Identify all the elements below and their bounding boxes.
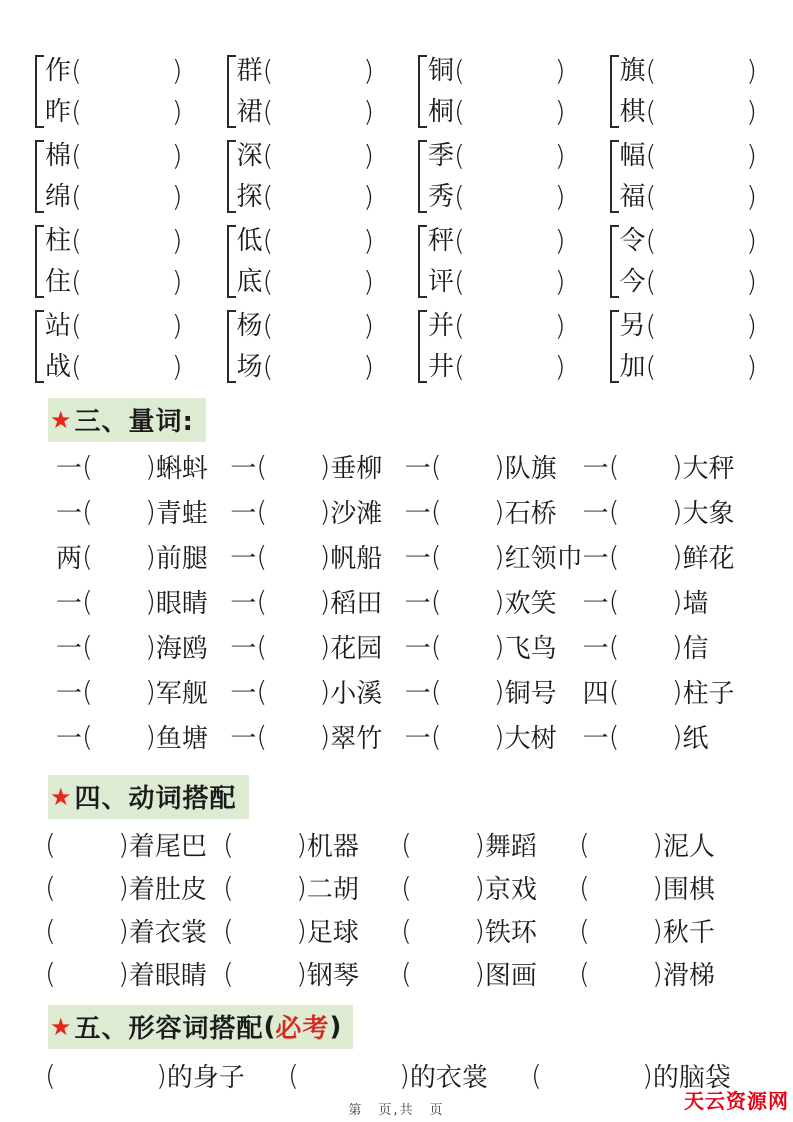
pair-top-char: 旗 [620, 52, 646, 90]
open-paren: ( [82, 585, 93, 618]
adj-item: ()的衣裳 [288, 1057, 531, 1094]
pair-line-top: 令() [620, 222, 758, 260]
measure-item: 一()大象 [583, 493, 757, 530]
close-paren: ) [555, 348, 566, 386]
pair-lines: 令() 今() [620, 222, 758, 301]
close-paren: ) [672, 585, 683, 618]
pair-bracket-icon [35, 55, 44, 128]
measure-noun: 翠竹 [330, 718, 382, 755]
measure-item: 一()大秤 [583, 448, 757, 485]
pair-bottom-char: 裙 [237, 93, 263, 131]
section-measure-header: ★三、量词: [0, 398, 793, 442]
measure-prefix: 一 [230, 583, 256, 620]
close-paren: ) [118, 828, 129, 861]
open-paren: ( [256, 450, 267, 483]
verb-item: ()着眼睛 [45, 955, 223, 992]
pair-line-top: 并() [428, 307, 566, 345]
pair-lines: 作() 昨() [45, 52, 183, 131]
verb-item: ()机器 [223, 826, 401, 863]
open-paren: ( [609, 675, 620, 708]
measure-item: 一()鲜花 [583, 538, 757, 575]
close-paren: ) [642, 1059, 653, 1092]
word-pair: 柱() 住() [35, 222, 183, 301]
open-paren: ( [454, 93, 465, 131]
open-paren: ( [431, 675, 442, 708]
pair-bottom-char: 秀 [428, 178, 454, 216]
close-paren: ) [555, 222, 566, 260]
measure-noun: 纸 [683, 718, 709, 755]
measure-noun: 花园 [330, 628, 382, 665]
measure-prefix: 一 [230, 538, 256, 575]
pair-lines: 铜() 桐() [428, 52, 566, 131]
verb-noun: 围棋 [663, 869, 715, 906]
section-adj-title: 五、形容词搭配 [75, 1008, 264, 1045]
measure-noun: 大树 [505, 718, 557, 755]
measure-item: 四()柱子 [583, 673, 757, 710]
pair-bracket-icon [227, 225, 236, 298]
pair-bracket-icon [418, 55, 427, 128]
close-paren: ) [172, 93, 183, 131]
verb-item: ()泥人 [579, 826, 757, 863]
close-paren: ) [172, 178, 183, 216]
open-paren: ( [531, 1059, 542, 1092]
close-paren: ) [145, 540, 156, 573]
open-paren: ( [401, 871, 412, 904]
word-pair: 铜() 桐() [418, 52, 566, 131]
close-paren: ) [555, 93, 566, 131]
measure-item: 一()青蛙 [56, 493, 230, 530]
section-verb-title: 四、动词搭配 [75, 778, 237, 815]
word-pair: 季() 秀() [418, 137, 566, 216]
open-paren: ( [45, 914, 56, 947]
verb-item: ()钢琴 [223, 955, 401, 992]
close-paren: ) [746, 93, 757, 131]
close-paren: ) [652, 871, 663, 904]
close-paren: ) [746, 52, 757, 90]
pair-line-bottom: 探() [237, 178, 375, 216]
open-paren: ( [454, 263, 465, 301]
measure-item: 一()海鸥 [56, 628, 230, 665]
pair-line-bottom: 福() [620, 178, 758, 216]
pair-line-top: 幅() [620, 137, 758, 175]
pair-bottom-char: 绵 [45, 178, 71, 216]
close-paren: ) [555, 137, 566, 175]
open-paren: ( [71, 52, 82, 90]
close-paren: ) [474, 914, 485, 947]
pair-line-top: 柱() [45, 222, 183, 260]
close-paren: ) [363, 307, 374, 345]
measure-noun: 墙 [683, 583, 709, 620]
open-paren: ( [71, 178, 82, 216]
verb-noun: 铁环 [485, 912, 537, 949]
measure-noun: 蝌蚪 [156, 448, 208, 485]
measure-item: 一()花园 [230, 628, 404, 665]
word-pair: 群() 裙() [227, 52, 375, 131]
close-paren: ) [746, 307, 757, 345]
measure-noun: 柱子 [683, 673, 735, 710]
star-icon: ★ [50, 785, 72, 809]
measure-noun: 飞鸟 [505, 628, 557, 665]
open-paren: ( [288, 1059, 299, 1092]
pair-lines: 另() 加() [620, 307, 758, 386]
verb-item: ()铁环 [401, 912, 579, 949]
measure-item: 一()沙滩 [230, 493, 404, 530]
close-paren: ) [172, 307, 183, 345]
word-pair: 棉() 绵() [35, 137, 183, 216]
pair-lines: 秤() 评() [428, 222, 566, 301]
open-paren: ( [82, 630, 93, 663]
measure-item: 一()眼睛 [56, 583, 230, 620]
close-paren: ) [555, 52, 566, 90]
pair-line-top: 群() [237, 52, 375, 90]
verb-item: ()着肚皮 [45, 869, 223, 906]
measure-item: 一()飞鸟 [405, 628, 583, 665]
pair-line-top: 低() [237, 222, 375, 260]
star-icon: ★ [50, 408, 72, 432]
open-paren: ( [82, 450, 93, 483]
section-adj-header: ★五、形容词搭配(必考) [0, 1005, 793, 1049]
open-paren: ( [401, 957, 412, 990]
measure-prefix: 四 [583, 673, 609, 710]
pair-line-top: 季() [428, 137, 566, 175]
measure-item: 一()翠竹 [230, 718, 404, 755]
open-paren: ( [263, 307, 274, 345]
open-paren: ( [579, 957, 590, 990]
open-paren: ( [609, 720, 620, 753]
pair-bottom-char: 加 [620, 348, 646, 386]
open-paren: ( [646, 93, 657, 131]
pair-lines: 旗() 棋() [620, 52, 758, 131]
close-paren: ) [319, 630, 330, 663]
open-paren: ( [223, 871, 234, 904]
open-paren: ( [71, 263, 82, 301]
star-icon: ★ [50, 1015, 72, 1039]
measure-item: 一()铜号 [405, 673, 583, 710]
measure-prefix: 一 [56, 718, 82, 755]
verb-items-grid: ()着尾巴 ()机器 ()舞蹈 ()泥人 ()着肚皮 ()二胡 ()京戏 [0, 819, 793, 995]
close-paren: ) [118, 957, 129, 990]
pair-bracket-icon [35, 310, 44, 383]
close-paren: ) [296, 957, 307, 990]
verb-noun: 着衣裳 [129, 912, 207, 949]
measure-item: 一()小溪 [230, 673, 404, 710]
measure-noun: 红领巾 [505, 538, 583, 575]
close-paren: ) [145, 585, 156, 618]
close-paren: ) [494, 585, 505, 618]
measure-prefix: 一 [56, 628, 82, 665]
close-paren: ) [746, 263, 757, 301]
pair-bottom-char: 探 [237, 178, 263, 216]
close-paren: ) [746, 348, 757, 386]
measure-noun: 垂柳 [330, 448, 382, 485]
measure-item: 一()纸 [583, 718, 757, 755]
open-paren: ( [256, 675, 267, 708]
measure-prefix: 一 [56, 583, 82, 620]
open-paren: ( [646, 263, 657, 301]
pair-top-char: 令 [620, 222, 646, 260]
pair-bottom-char: 昨 [45, 93, 71, 131]
open-paren: ( [431, 630, 442, 663]
open-paren: ( [223, 914, 234, 947]
pair-line-top: 站() [45, 307, 183, 345]
verb-item: ()着衣裳 [45, 912, 223, 949]
pair-bottom-char: 底 [237, 263, 263, 301]
open-paren: ( [263, 93, 274, 131]
close-paren: ) [474, 957, 485, 990]
close-paren: ) [672, 675, 683, 708]
pair-bracket-icon [227, 140, 236, 213]
pair-line-bottom: 井() [428, 348, 566, 386]
close-paren: ) [672, 495, 683, 528]
pair-lines: 季() 秀() [428, 137, 566, 216]
open-paren: ( [82, 720, 93, 753]
pair-top-char: 棉 [45, 137, 71, 175]
site-watermark: 天云资源网 [684, 1085, 789, 1114]
close-paren: ) [319, 585, 330, 618]
measure-prefix: 一 [56, 493, 82, 530]
measure-prefix: 一 [583, 628, 609, 665]
close-paren: ) [145, 495, 156, 528]
open-paren: ( [646, 178, 657, 216]
close-paren: ) [494, 495, 505, 528]
close-paren: ) [652, 828, 663, 861]
measure-prefix: 一 [405, 538, 431, 575]
verb-item: ()二胡 [223, 869, 401, 906]
close-paren: ) [672, 720, 683, 753]
open-paren: ( [223, 828, 234, 861]
close-paren: ) [363, 178, 374, 216]
pair-bottom-char: 战 [45, 348, 71, 386]
close-paren: ) [494, 675, 505, 708]
pair-top-char: 群 [237, 52, 263, 90]
measure-prefix: 一 [405, 673, 431, 710]
open-paren: ( [82, 540, 93, 573]
open-paren: ( [646, 307, 657, 345]
adj-items-row: ()的身子 ()的衣裳 ()的脑袋 [0, 1049, 793, 1093]
measure-item: 一()欢笑 [405, 583, 583, 620]
close-paren: ) [363, 222, 374, 260]
pair-line-bottom: 住() [45, 263, 183, 301]
measure-item: 一()信 [583, 628, 757, 665]
pair-lines: 深() 探() [237, 137, 375, 216]
pair-line-top: 深() [237, 137, 375, 175]
open-paren: ( [71, 222, 82, 260]
pair-line-bottom: 评() [428, 263, 566, 301]
open-paren: ( [401, 828, 412, 861]
adj-noun: 的衣裳 [410, 1057, 488, 1094]
section-measure-highlight: ★三、量词: [48, 398, 206, 442]
pair-bracket-icon [227, 55, 236, 128]
pair-top-char: 幅 [620, 137, 646, 175]
open-paren: ( [454, 222, 465, 260]
open-paren: ( [579, 871, 590, 904]
measure-noun: 欢笑 [505, 583, 557, 620]
close-paren: ) [319, 540, 330, 573]
close-paren: ) [172, 263, 183, 301]
close-paren: ) [172, 222, 183, 260]
open-paren: ( [223, 957, 234, 990]
close-paren: ) [555, 307, 566, 345]
word-pair: 站() 战() [35, 307, 183, 386]
measure-prefix: 一 [405, 493, 431, 530]
measure-item: 一()石桥 [405, 493, 583, 530]
close-paren: ) [145, 630, 156, 663]
measure-item: 一()大树 [405, 718, 583, 755]
pair-line-top: 棉() [45, 137, 183, 175]
word-pair: 低() 底() [227, 222, 375, 301]
verb-noun: 二胡 [307, 869, 359, 906]
measure-item: 一()垂柳 [230, 448, 404, 485]
pair-top-char: 深 [237, 137, 263, 175]
pair-line-bottom: 秀() [428, 178, 566, 216]
page-footer: 第 页,共 页 [0, 1099, 793, 1118]
open-paren: ( [71, 137, 82, 175]
pair-top-char: 季 [428, 137, 454, 175]
pair-top-char: 铜 [428, 52, 454, 90]
verb-item: ()舞蹈 [401, 826, 579, 863]
open-paren: ( [82, 495, 93, 528]
pair-lines: 低() 底() [237, 222, 375, 301]
open-paren: ( [646, 222, 657, 260]
word-pair: 幅() 福() [610, 137, 758, 216]
pair-line-top: 另() [620, 307, 758, 345]
close-paren: ) [172, 137, 183, 175]
pair-line-top: 杨() [237, 307, 375, 345]
pair-lines: 幅() 福() [620, 137, 758, 216]
pair-top-char: 并 [428, 307, 454, 345]
close-paren: ) [399, 1059, 410, 1092]
measure-prefix: 一 [583, 583, 609, 620]
pair-lines: 群() 裙() [237, 52, 375, 131]
worksheet-page: 作() 昨() 群() 裙() [0, 0, 793, 1122]
measure-noun: 石桥 [505, 493, 557, 530]
pair-bracket-icon [418, 310, 427, 383]
pair-line-bottom: 今() [620, 263, 758, 301]
pair-bottom-char: 桐 [428, 93, 454, 131]
close-paren: ) [746, 222, 757, 260]
measure-prefix: 一 [405, 448, 431, 485]
open-paren: ( [579, 828, 590, 861]
pair-line-top: 秤() [428, 222, 566, 260]
verb-noun: 秋千 [663, 912, 715, 949]
pair-bracket-icon [418, 225, 427, 298]
close-paren: ) [672, 450, 683, 483]
open-paren: ( [263, 52, 274, 90]
measure-noun: 鲜花 [683, 538, 735, 575]
close-paren: ) [319, 495, 330, 528]
measure-noun: 铜号 [505, 673, 557, 710]
pair-bottom-char: 场 [237, 348, 263, 386]
close-paren: ) [746, 178, 757, 216]
open-paren: ( [263, 178, 274, 216]
measure-noun: 前腿 [156, 538, 208, 575]
measure-noun: 队旗 [505, 448, 557, 485]
verb-item: ()秋千 [579, 912, 757, 949]
pair-bottom-char: 福 [620, 178, 646, 216]
verb-noun: 舞蹈 [485, 826, 537, 863]
pair-bottom-char: 住 [45, 263, 71, 301]
open-paren: ( [263, 348, 274, 386]
open-paren: ( [71, 307, 82, 345]
close-paren: ) [555, 263, 566, 301]
measure-prefix: 一 [230, 673, 256, 710]
close-paren: ) [172, 52, 183, 90]
pair-top-char: 秤 [428, 222, 454, 260]
open-paren: ( [45, 957, 56, 990]
open-paren: ( [82, 675, 93, 708]
measure-prefix: 一 [583, 448, 609, 485]
pair-line-bottom: 战() [45, 348, 183, 386]
measure-prefix: 一 [405, 583, 431, 620]
pair-bottom-char: 今 [620, 263, 646, 301]
measure-prefix: 一 [230, 718, 256, 755]
pair-top-char: 杨 [237, 307, 263, 345]
pair-bracket-icon [35, 140, 44, 213]
verb-item: ()滑梯 [579, 955, 757, 992]
open-paren: ( [45, 871, 56, 904]
verb-item: ()围棋 [579, 869, 757, 906]
pair-line-top: 铜() [428, 52, 566, 90]
measure-noun: 鱼塘 [156, 718, 208, 755]
open-paren: ( [263, 137, 274, 175]
pair-bracket-icon [610, 310, 619, 383]
measure-item: 两()前腿 [56, 538, 230, 575]
close-paren: ) [118, 871, 129, 904]
measure-item: 一()红领巾 [405, 538, 583, 575]
pair-lines: 柱() 住() [45, 222, 183, 301]
pair-bracket-icon [610, 55, 619, 128]
close-paren: ) [494, 630, 505, 663]
verb-noun: 钢琴 [307, 955, 359, 992]
open-paren: ( [579, 914, 590, 947]
section-adj-highlight: ★五、形容词搭配(必考) [48, 1005, 353, 1049]
open-paren: ( [646, 137, 657, 175]
close-paren: ) [118, 914, 129, 947]
pair-line-bottom: 昨() [45, 93, 183, 131]
open-paren: ( [71, 348, 82, 386]
adj-item: ()的身子 [45, 1057, 288, 1094]
pair-line-bottom: 加() [620, 348, 758, 386]
pair-bracket-icon [35, 225, 44, 298]
open-paren: ( [454, 348, 465, 386]
open-paren: ( [454, 52, 465, 90]
measure-item: 一()帆船 [230, 538, 404, 575]
open-paren: ( [263, 222, 274, 260]
open-paren: ( [454, 137, 465, 175]
open-paren: ( [256, 495, 267, 528]
close-paren: ) [555, 178, 566, 216]
verb-noun: 着眼睛 [129, 955, 207, 992]
close-paren: ) [156, 1059, 167, 1092]
measure-prefix: 一 [56, 673, 82, 710]
measure-prefix: 一 [583, 538, 609, 575]
pair-lines: 并() 井() [428, 307, 566, 386]
close-paren: ) [319, 675, 330, 708]
measure-items-grid: 一()蝌蚪 一()垂柳 一()队旗 一()大秤 一()青蛙 一()沙滩 一( [0, 442, 793, 759]
pair-lines: 杨() 场() [237, 307, 375, 386]
pair-line-bottom: 底() [237, 263, 375, 301]
word-pair: 秤() 评() [418, 222, 566, 301]
measure-item: 一()稻田 [230, 583, 404, 620]
measure-prefix: 一 [230, 448, 256, 485]
pair-line-bottom: 裙() [237, 93, 375, 131]
close-paren: ) [474, 871, 485, 904]
close-paren: ) [363, 52, 374, 90]
word-pair: 旗() 棋() [610, 52, 758, 131]
measure-prefix: 一 [583, 493, 609, 530]
pair-line-bottom: 棋() [620, 93, 758, 131]
verb-noun: 滑梯 [663, 955, 715, 992]
